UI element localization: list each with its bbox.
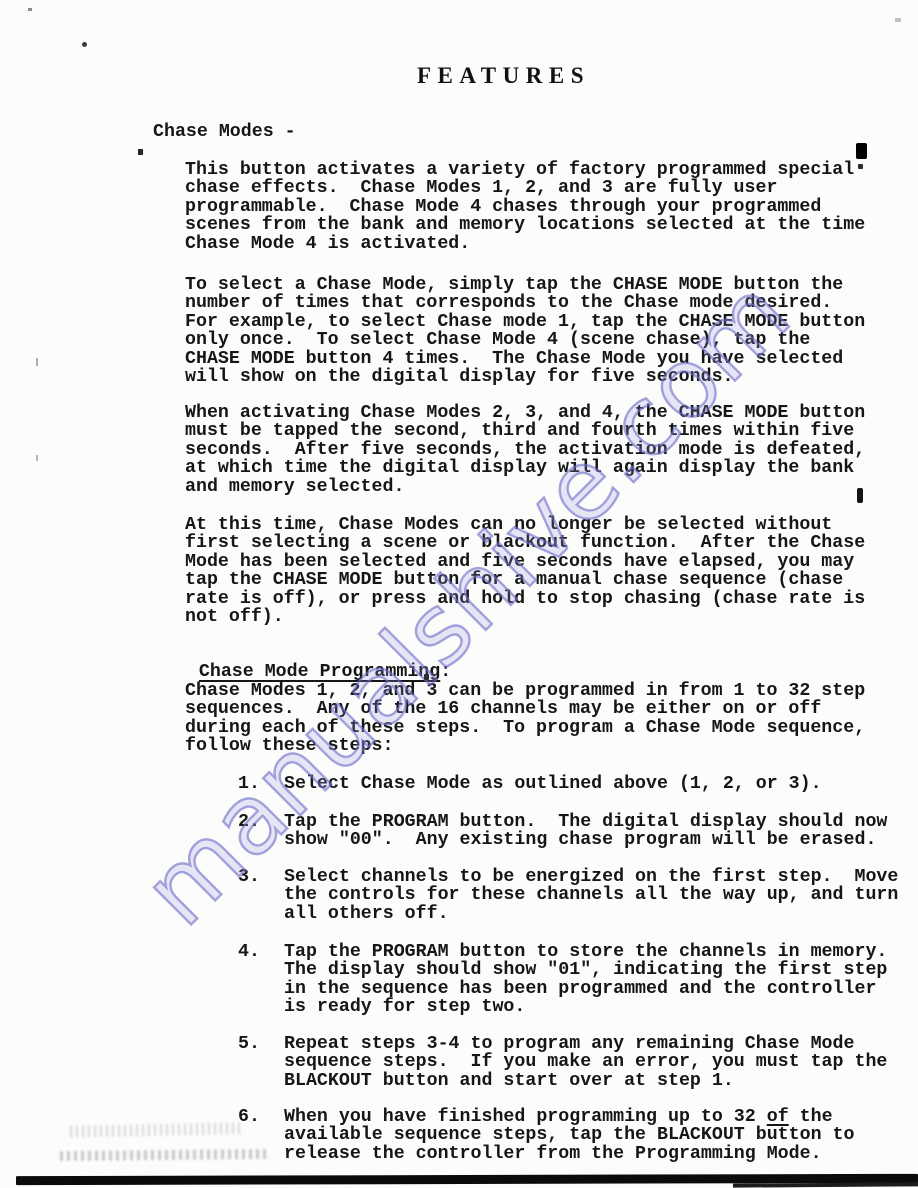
step-text: Select Chase Mode as outlined above (1, … [284, 775, 822, 793]
scan-artifact-right-blob [856, 143, 867, 159]
scan-artifact-speck [28, 8, 32, 11]
scan-artifact-speck [858, 164, 863, 169]
step-number: 2. [238, 813, 284, 850]
heading-underlined-text: Chase Mode Programming [199, 662, 440, 682]
step-text: Repeat steps 3-4 to program any remainin… [284, 1035, 887, 1090]
step-text: Select channels to be energized on the f… [284, 868, 898, 923]
page-title: FEATURES [417, 63, 590, 89]
paragraph-4: At this time, Chase Modes can no longer … [185, 516, 865, 626]
scan-artifact-speck [424, 674, 429, 680]
paragraph-1: This button activates a variety of facto… [185, 161, 865, 253]
step-text: Tap the PROGRAM button to store the chan… [284, 943, 887, 1017]
paragraph-3: When activating Chase Modes 2, 3, and 4,… [185, 404, 865, 496]
step-item-2: 2.Tap the PROGRAM button. The digital di… [238, 813, 887, 850]
step-number: 4. [238, 943, 284, 1017]
scan-artifact-speck [36, 358, 38, 366]
step-text: When you have finished programming up to… [284, 1108, 854, 1163]
step-text-underlined-word: of [767, 1107, 789, 1127]
step-text-segment: available sequence steps, tap the BLACKO… [284, 1125, 854, 1163]
paragraph-5: Chase Modes 1, 2, and 3 can be programme… [185, 682, 865, 756]
scan-artifact-speck [82, 42, 87, 47]
section-heading-chase-modes: Chase Modes - [153, 123, 296, 141]
step-text-segment: the [789, 1107, 833, 1127]
step-number: 5. [238, 1035, 284, 1090]
step-text: Tap the PROGRAM button. The digital disp… [284, 813, 887, 850]
step-number: 3. [238, 868, 284, 923]
step-item-6: 6.When you have finished programming up … [238, 1108, 854, 1163]
step-item-4: 4.Tap the PROGRAM button to store the ch… [238, 943, 887, 1017]
step-item-5: 5.Repeat steps 3-4 to program any remain… [238, 1035, 887, 1090]
scan-artifact-right-blob [857, 488, 863, 503]
scan-artifact-speck [36, 455, 38, 461]
step-item-3: 3.Select channels to be energized on the… [238, 868, 898, 923]
scan-artifact-corner-strip [733, 1182, 918, 1187]
scan-artifact-speck [138, 149, 143, 155]
step-item-1: 1.Select Chase Mode as outlined above (1… [238, 775, 822, 793]
paragraph-2: To select a Chase Mode, simply tap the C… [185, 276, 865, 386]
step-text-segment: When you have finished programming up to… [284, 1107, 767, 1127]
scan-artifact-pencil-smudge [70, 1122, 240, 1138]
heading-colon: : [440, 662, 451, 682]
step-number: 1. [238, 775, 284, 793]
scan-artifact-speck [895, 18, 901, 22]
scanned-manual-page: FEATURES Chase Modes - This button activ… [0, 0, 918, 1188]
